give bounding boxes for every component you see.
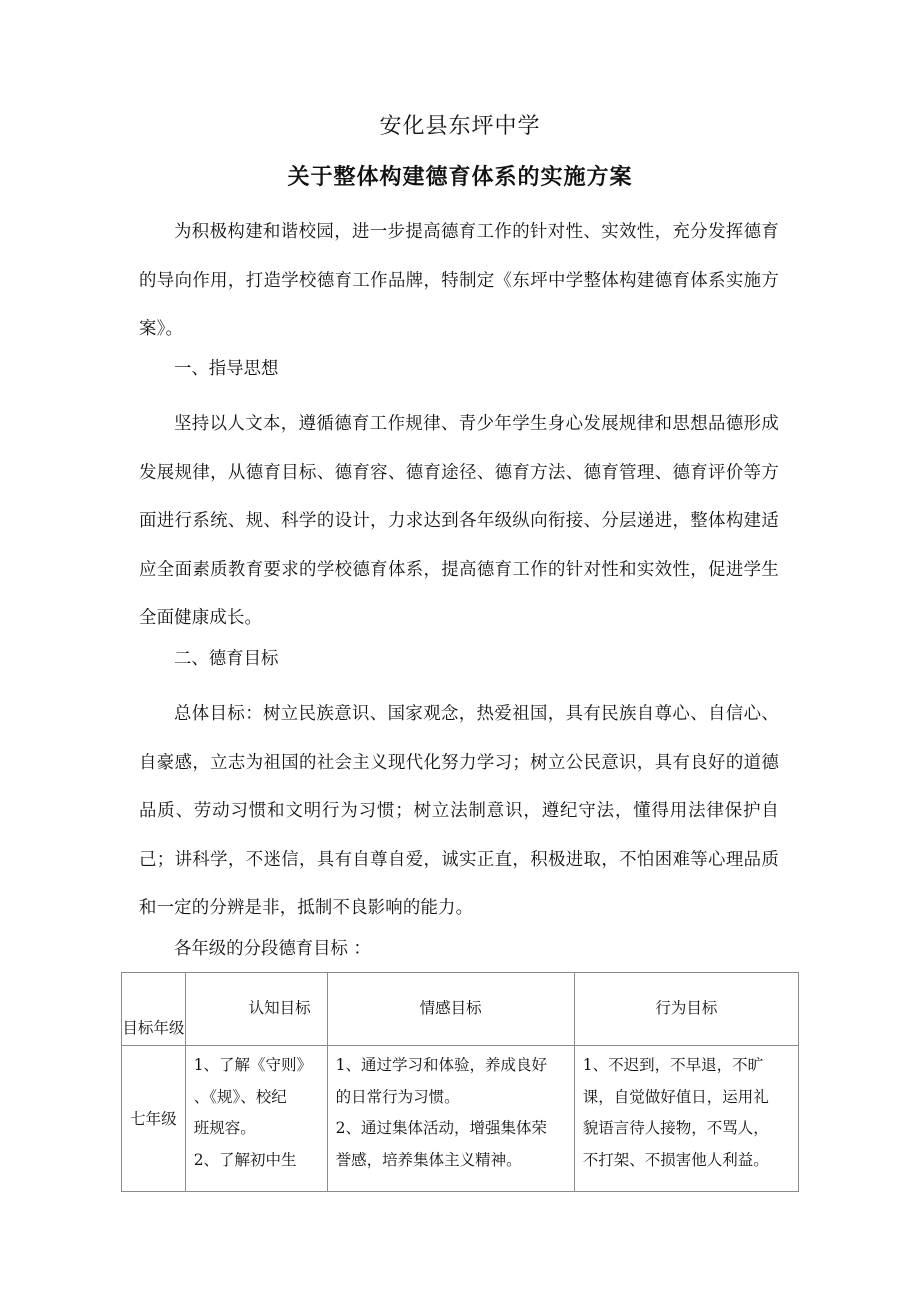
section-body-guiding-ideology: 坚持以人文本，遵循德育工作规律、青少年学生身心发展规律和思想品德形成发展规律，从… [139, 400, 779, 643]
school-name: 安化县东坪中学 [0, 112, 920, 142]
document-title: 关于整体构建德育体系的实施方案 [0, 162, 920, 192]
cell-line: 誉感，培养集体主义精神。 [336, 1145, 570, 1177]
cell-line: 、《规》、校纪 [194, 1082, 323, 1114]
header-emotional: 情感目标 [327, 973, 574, 1046]
cell-line: 貌语言待人接物，不骂人， [583, 1113, 794, 1145]
header-behavioral: 行为目标 [574, 973, 798, 1046]
table-header-row: 目标年级 认知目标 情感目标 行为目标 [122, 973, 799, 1046]
emotional-cell: 1、通过学习和体验，养成良好 的日常行为习惯。 2、通过集体活动，增强集体荣 誉… [327, 1046, 574, 1192]
cognitive-cell: 1、了解《守则》 、《规》、校纪 班规容。 2、了解初中生 [185, 1046, 327, 1192]
document-page: 安化县东坪中学 关于整体构建德育体系的实施方案 为积极构建和谐校园，进一步提高德… [0, 0, 920, 1302]
header-grade: 目标年级 [122, 973, 186, 1046]
section-heading-moral-goals: 二、德育目标 [174, 647, 278, 671]
cell-line: 不打架、不损害他人利益。 [583, 1145, 794, 1177]
intro-paragraph: 为积极构建和谐校园，进一步提高德育工作的针对性、实效性，充分发挥德育的导向作用，… [139, 208, 779, 354]
behavioral-cell: 1、不迟到，不早退，不旷 课，自觉做好值日，运用礼 貌语言待人接物，不骂人， 不… [574, 1046, 798, 1192]
cell-line: 2、通过集体活动，增强集体荣 [336, 1113, 570, 1145]
cell-line: 2、了解初中生 [194, 1145, 323, 1177]
header-cognitive: 认知目标 [185, 973, 327, 1046]
section-body-moral-goals: 总体目标：树立民族意识、国家观念，热爱祖国，具有民族自尊心、自信心、自豪感，立志… [139, 690, 779, 933]
cell-line: 班规容。 [194, 1113, 323, 1145]
grade-goals-table: 目标年级 认知目标 情感目标 行为目标 七年级 1、了解《守则》 、《规》、校纪… [121, 972, 799, 1192]
table-row: 七年级 1、了解《守则》 、《规》、校纪 班规容。 2、了解初中生 1、通过学习… [122, 1046, 799, 1192]
cell-line: 1、了解《守则》 [194, 1050, 323, 1082]
cell-line: 1、不迟到，不早退，不旷 [583, 1050, 794, 1082]
section-heading-guiding-ideology: 一、指导思想 [174, 357, 278, 381]
cell-line: 1、通过学习和体验，养成良好 [336, 1050, 570, 1082]
grade-cell: 七年级 [122, 1046, 186, 1192]
cell-line: 课，自觉做好值日，运用礼 [583, 1082, 794, 1114]
cell-line: 的日常行为习惯。 [336, 1082, 570, 1114]
table-caption: 各年级的分段德育目标 ： [174, 937, 371, 961]
